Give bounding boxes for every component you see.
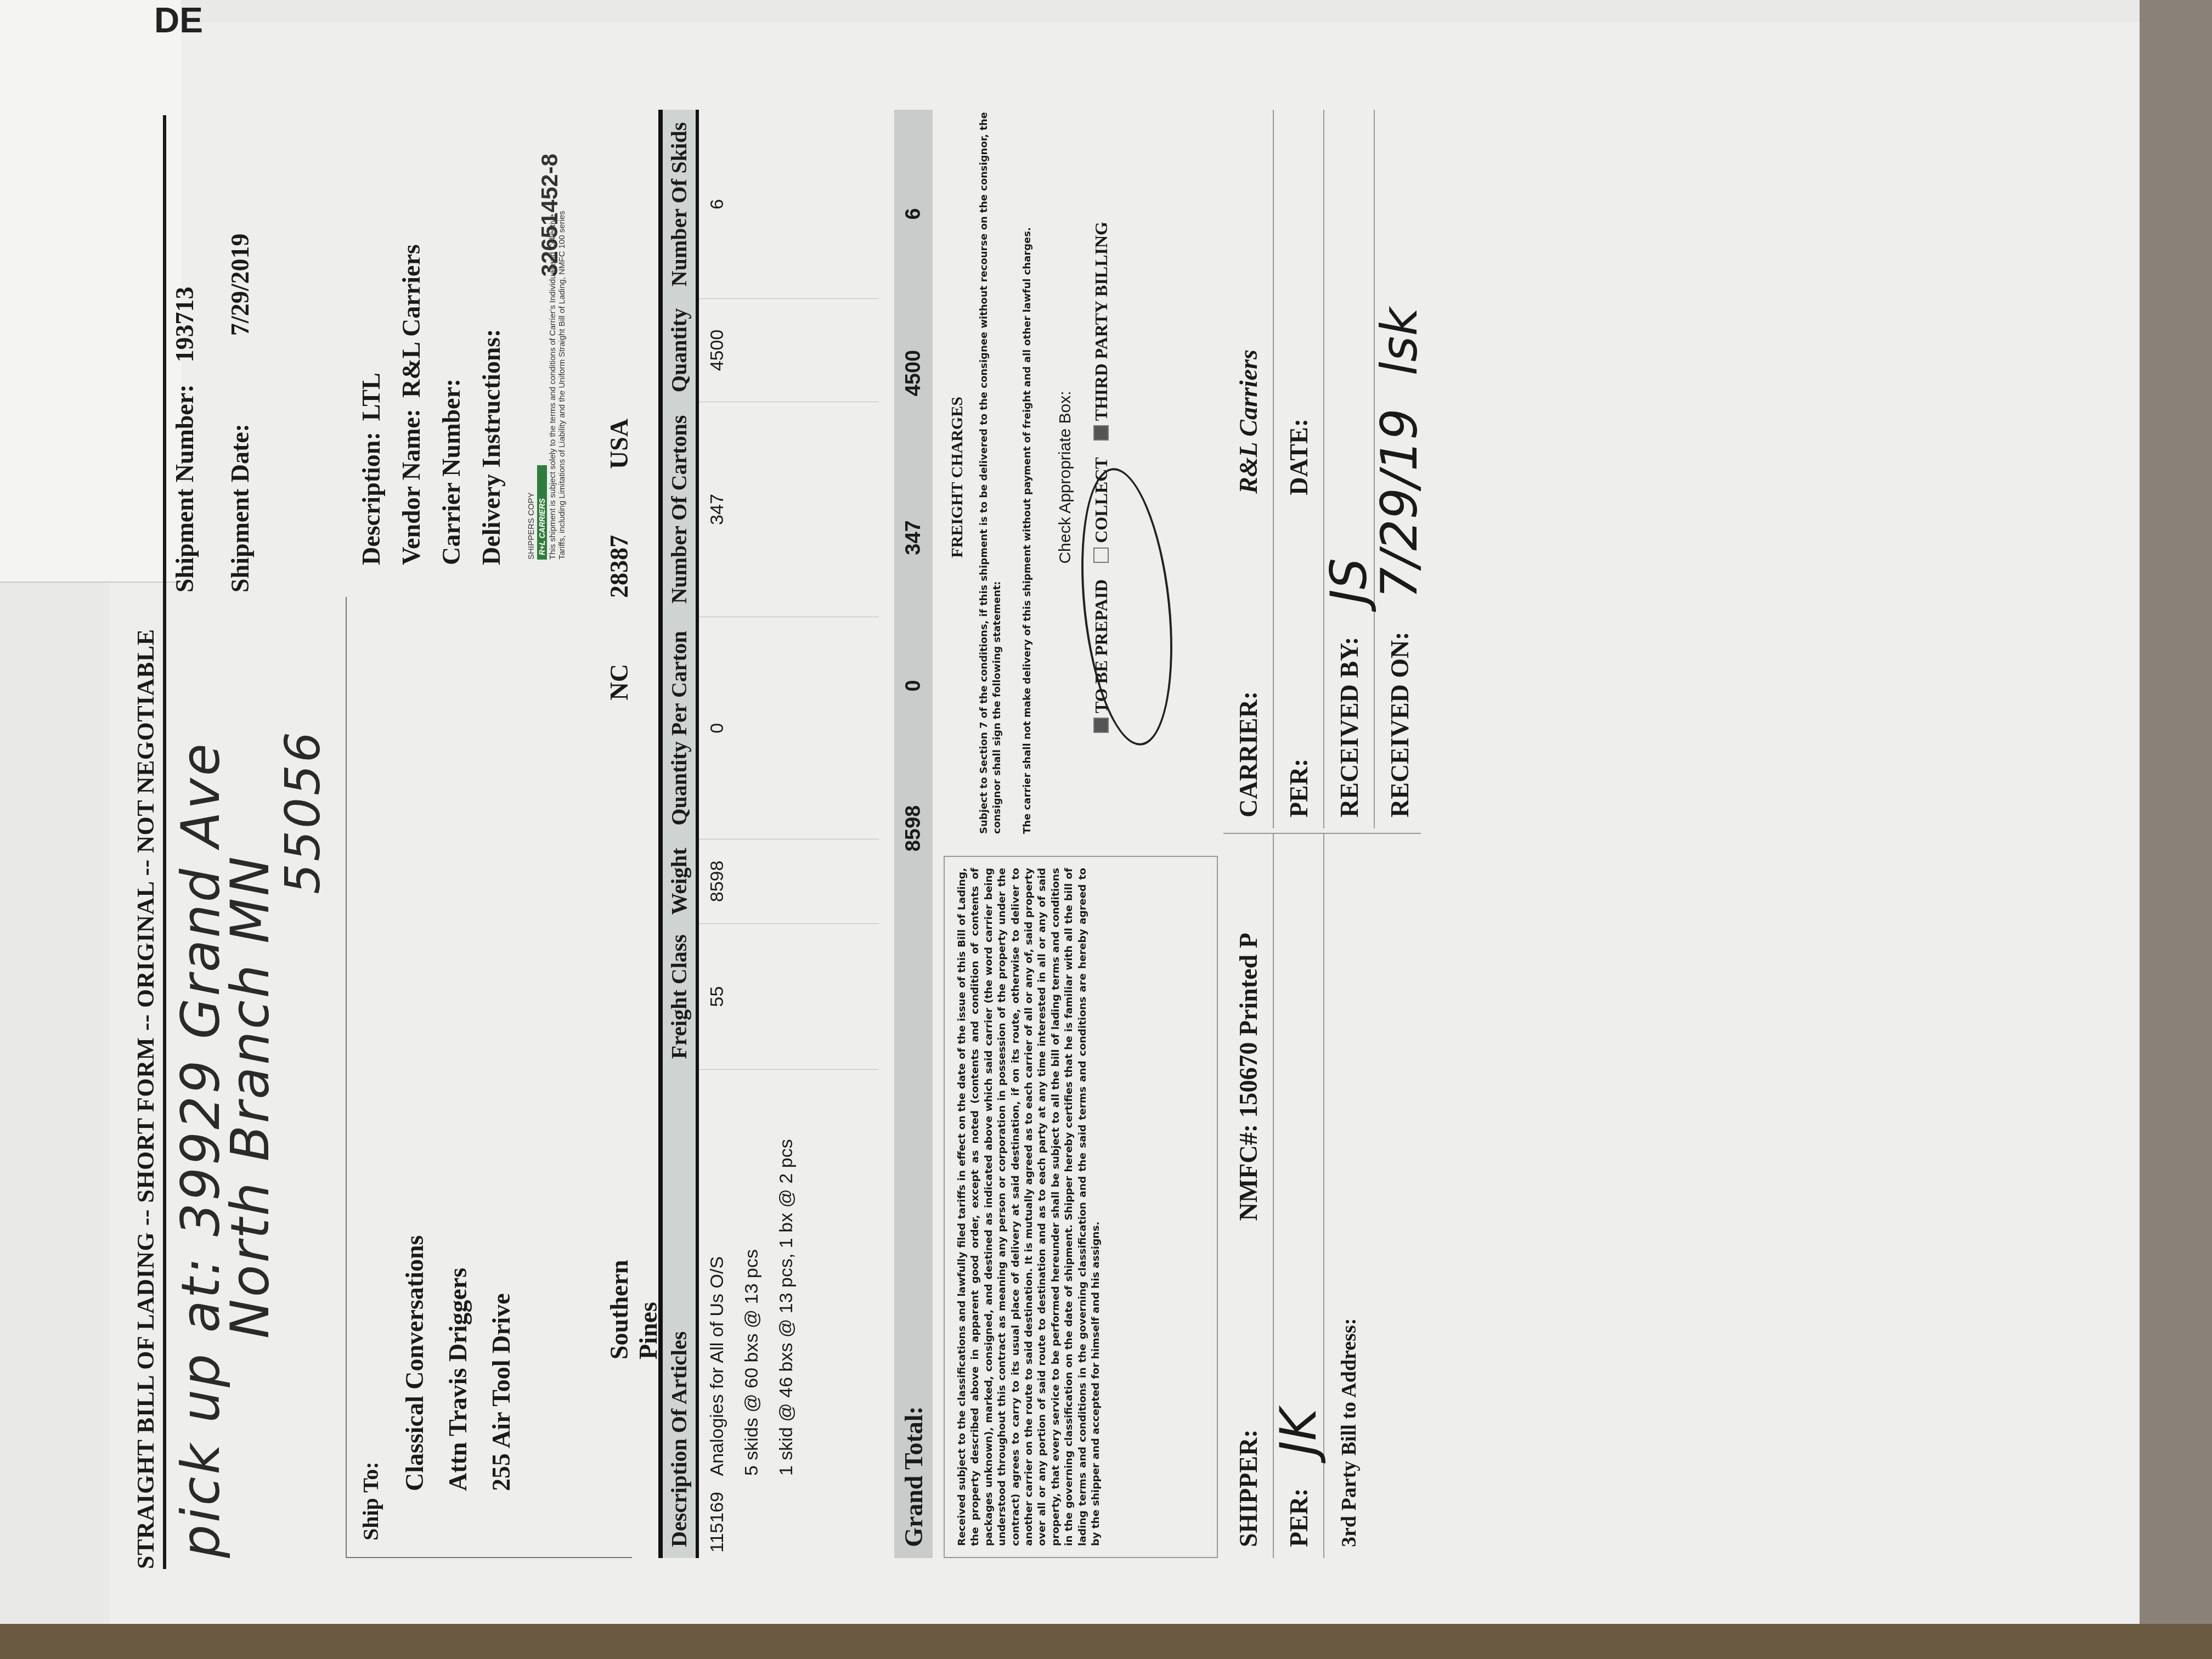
shipment-number: 193713 (170, 286, 199, 362)
carrier-per-row: PER: DATE: (1274, 110, 1324, 828)
received-on-row: RECEIVED ON: 7/29/19 lsk (1375, 110, 1424, 828)
freight-charges-para1: Subject to Section 7 of the conditions, … (978, 110, 1005, 834)
carrier-signature-column: CARRIER: R&L Carriers PER: DATE: RECEIVE… (1223, 110, 1421, 828)
header-num-cartons: Number Of Cartons (661, 402, 697, 617)
item-description: Analogies for All of Us O/S (707, 1256, 727, 1476)
ship-to-zip: 28387 (605, 535, 663, 598)
received-by-label: RECEIVED BY: (1335, 637, 1364, 817)
third-party-address-label: 3rd Party Bill to Address: (1337, 1318, 1361, 1547)
grand-total-cartons: 347 (902, 461, 926, 614)
shipment-meta: Shipment Number: 193713 Shipment Date: 7… (170, 233, 281, 592)
grand-total-weight: 8598 (902, 757, 926, 900)
vendor-value: R&L Carriers (397, 244, 426, 398)
item-code: 115169 (707, 1487, 728, 1553)
pro-number: 32651452-8 (537, 154, 563, 276)
header-weight: Weight (661, 839, 697, 924)
row-num-cartons: 347 (697, 402, 879, 617)
grand-total-skids: 6 (902, 143, 926, 285)
shipper-label: SHIPPER: (1234, 1429, 1263, 1547)
desk-background-bottom (0, 1624, 2212, 1659)
header-num-skids: Number Of Skids (661, 110, 697, 299)
delivery-instructions-label: Delivery Instructions: (477, 329, 506, 565)
checkbox-prepaid[interactable] (1093, 718, 1109, 733)
row-weight: 8598 (697, 839, 879, 924)
freight-charges-block: FREIGHT CHARGES Subject to Section 7 of … (944, 110, 1218, 845)
received-on-label: RECEIVED ON: (1385, 631, 1414, 817)
item-sub-line: 1 skid @ 46 bxs @ 13 pcs, 1 bx @ 2 pcs (776, 1076, 797, 1476)
carrier-row: CARRIER: R&L Carriers (1223, 110, 1274, 828)
ship-to-block: Ship To: Classical Conversations Attn Tr… (346, 597, 632, 1558)
shippers-copy-label: SHIPPERS COPY (527, 132, 536, 560)
table-header-row: Description Of Articles Freight Class We… (661, 110, 697, 1558)
received-on-date: 7/29/19 (1371, 408, 1429, 599)
grand-total-quantity: 4500 (902, 285, 926, 461)
vendor-label: Vendor Name: (397, 409, 426, 565)
header-qty-per-carton: Quantity Per Carton (661, 617, 697, 839)
received-by-signature: JS (1321, 558, 1378, 604)
option-third-party-label: THIRD PARTY BILLING (1091, 222, 1111, 421)
shipper-per-label: PER: (1284, 1488, 1313, 1547)
freight-charges-header: FREIGHT CHARGES (948, 110, 967, 845)
nmfc-number: NMFC#: 150670 Printed P (1234, 933, 1263, 1221)
shipment-number-label: Shipment Number: (170, 384, 199, 592)
ship-to-attn: Attn Travis Driggers (443, 597, 472, 1491)
row-freight-class: 55 (697, 923, 879, 1070)
row-description: 115169 Analogies for All of Us O/S 5 ski… (697, 1070, 879, 1558)
bill-of-lading-form: STRAIGHT BILL OF LADING -- SHORT FORM --… (110, 99, 1234, 1580)
rl-carriers-logo: R+L CARRIERS (537, 465, 547, 560)
table-row: 115169 Analogies for All of Us O/S 5 ski… (697, 110, 879, 1558)
ship-to-city: Southern Pines (605, 1260, 663, 1359)
row-qty-per-carton: 0 (697, 617, 879, 839)
row-quantity: 4500 (697, 299, 879, 402)
check-box-label: Check Appropriate Box: (1056, 110, 1075, 845)
carrier-number-label: Carrier Number: (437, 379, 466, 565)
shipper-row: SHIPPER: NMFC#: 150670 Printed P (1223, 834, 1274, 1558)
handwritten-pickup-line2: North Branch MN (219, 854, 281, 1339)
received-on-initials: lsk (1371, 307, 1429, 375)
ship-to-country: USA (605, 419, 663, 469)
carrier-per-label: PER: (1284, 759, 1313, 817)
underlying-sheet-text: DE (154, 0, 203, 41)
signature-section: SHIPPER: NMFC#: 150670 Printed P PER: JK… (1223, 110, 1421, 1558)
handwritten-circle-mark (1069, 464, 1184, 750)
handwritten-pickup-zip: 55056 (274, 730, 331, 894)
ship-to-city-line: Southern Pines NC 28387 USA (605, 419, 663, 1359)
shipper-signature-column: SHIPPER: NMFC#: 150670 Printed P PER: JK… (1223, 833, 1421, 1558)
document-title: STRAIGHT BILL OF LADING -- SHORT FORM --… (132, 115, 166, 1569)
ship-to-street: 255 Air Tool Drive (487, 597, 516, 1491)
grand-total-qty-per-carton: 0 (902, 614, 926, 757)
row-num-skids: 6 (697, 110, 879, 299)
ship-to-state: NC (605, 664, 663, 700)
carrier-date-label: DATE: (1284, 419, 1313, 495)
ship-to-company: Classical Conversations (400, 597, 429, 1491)
option-third-party[interactable]: THIRD PARTY BILLING (1091, 222, 1111, 441)
shipment-details: Description: LTL Vendor Name: R&L Carrie… (357, 244, 517, 565)
received-by-row: RECEIVED BY: JS (1324, 110, 1375, 828)
rl-carriers-pro-sticker: SHIPPERS COPY R+L CARRIERS This shipment… (527, 132, 603, 560)
shipper-per-signature: JK (1270, 1408, 1328, 1455)
desk-background-right (2140, 0, 2212, 1659)
header-quantity: Quantity (661, 299, 697, 402)
description-value: LTL (357, 373, 386, 421)
articles-table: Description Of Articles Freight Class We… (658, 110, 879, 1558)
header-description: Description Of Articles (661, 1070, 697, 1558)
grand-total-label: Grand Total: (899, 900, 928, 1558)
terms-and-conditions: Received subject to the classifications … (944, 856, 1218, 1558)
checkbox-third-party[interactable] (1093, 425, 1109, 441)
shipper-per-row: PER: JK (1274, 834, 1324, 1558)
freight-charges-para2: The carrier shall not make delivery of t… (1021, 110, 1034, 834)
item-sub-line: 5 skids @ 60 bxs @ 13 pcs (741, 1076, 763, 1476)
carrier-label: CARRIER: (1234, 691, 1263, 817)
carrier-name: R&L Carriers (1234, 349, 1263, 494)
description-label: Description: (357, 432, 386, 565)
third-party-row: 3rd Party Bill to Address: (1324, 834, 1374, 1558)
header-freight-class: Freight Class (661, 923, 697, 1070)
grand-total-row: Grand Total: 8598 0 347 4500 6 (894, 110, 933, 1558)
shipment-date-label: Shipment Date: (225, 424, 255, 592)
ship-to-label: Ship To: (358, 597, 383, 1541)
shipment-date: 7/29/2019 (225, 233, 255, 336)
